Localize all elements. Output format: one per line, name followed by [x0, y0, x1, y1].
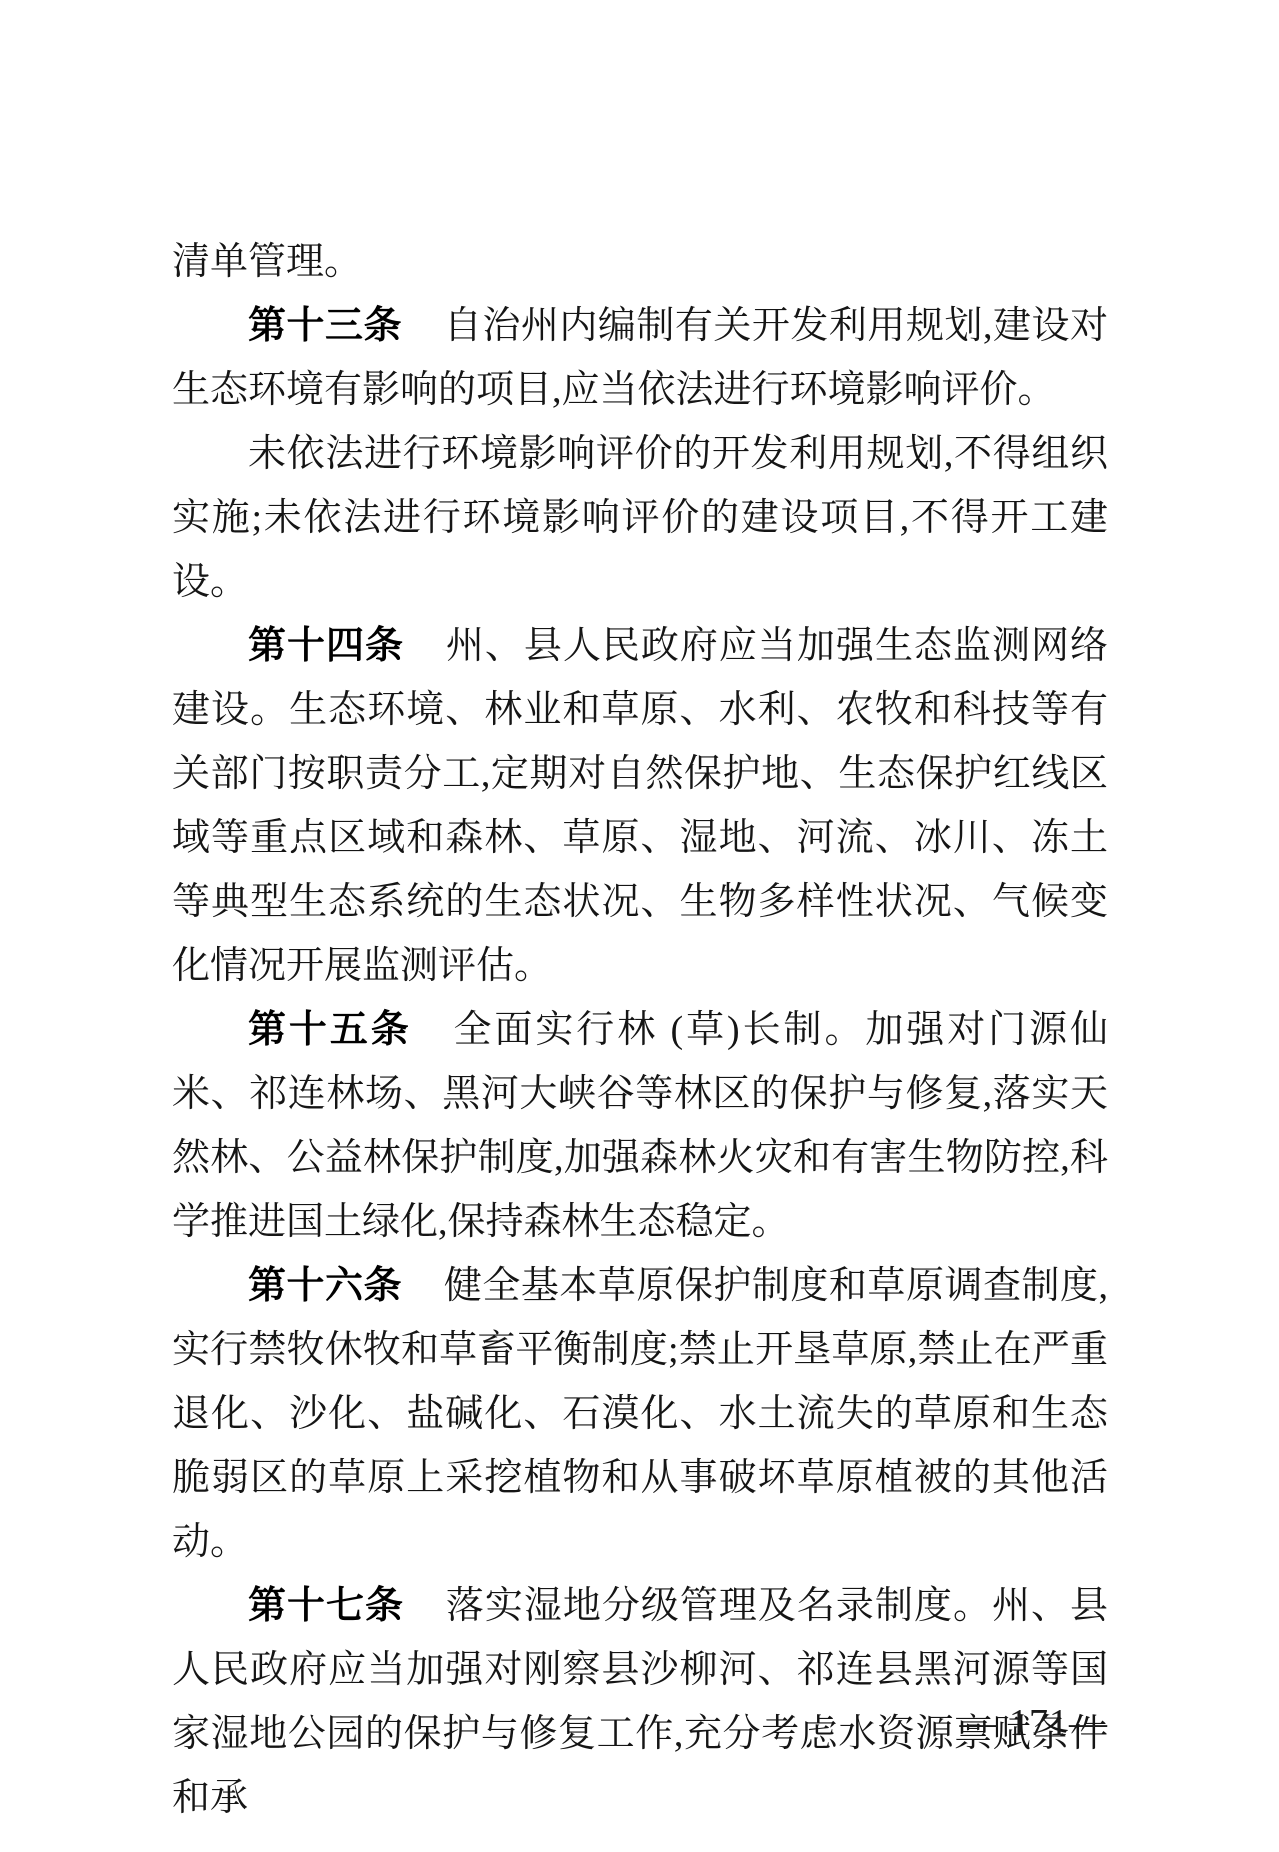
- article-14-number: 第十四条: [248, 625, 404, 667]
- page-number: — 171—: [172, 1700, 1108, 1746]
- article-14-text: 州、县人民政府应当加强生态监测网络建设。生态环境、林业和草原、水利、农牧和科技等…: [172, 625, 1108, 987]
- article-13-paragraph: 第十三条自治州内编制有关开发利用规划,建设对生态环境有影响的项目,应当依法进行环…: [172, 294, 1108, 422]
- article-17-number: 第十七条: [248, 1585, 404, 1627]
- document-body: 清单管理。 第十三条自治州内编制有关开发利用规划,建设对生态环境有影响的项目,应…: [172, 230, 1108, 1830]
- article-16-paragraph: 第十六条健全基本草原保护制度和草原调查制度,实行禁牧休牧和草畜平衡制度;禁止开垦…: [172, 1254, 1108, 1574]
- article-13-number: 第十三条: [248, 305, 402, 347]
- document-page: 清单管理。 第十三条自治州内编制有关开发利用规划,建设对生态环境有影响的项目,应…: [0, 0, 1279, 1852]
- article-16-number: 第十六条: [248, 1265, 402, 1307]
- article-13-paragraph-2: 未依法进行环境影响评价的开发利用规划,不得组织实施;未依法进行环境影响评价的建设…: [172, 422, 1108, 614]
- article-16-text: 健全基本草原保护制度和草原调查制度,实行禁牧休牧和草畜平衡制度;禁止开垦草原,禁…: [172, 1265, 1108, 1563]
- article-15-paragraph: 第十五条全面实行林 (草)长制。加强对门源仙米、祁连林场、黑河大峡谷等林区的保护…: [172, 998, 1108, 1254]
- continuation-paragraph: 清单管理。: [172, 230, 1108, 294]
- article-14-paragraph: 第十四条州、县人民政府应当加强生态监测网络建设。生态环境、林业和草原、水利、农牧…: [172, 614, 1108, 998]
- article-15-number: 第十五条: [248, 1009, 412, 1051]
